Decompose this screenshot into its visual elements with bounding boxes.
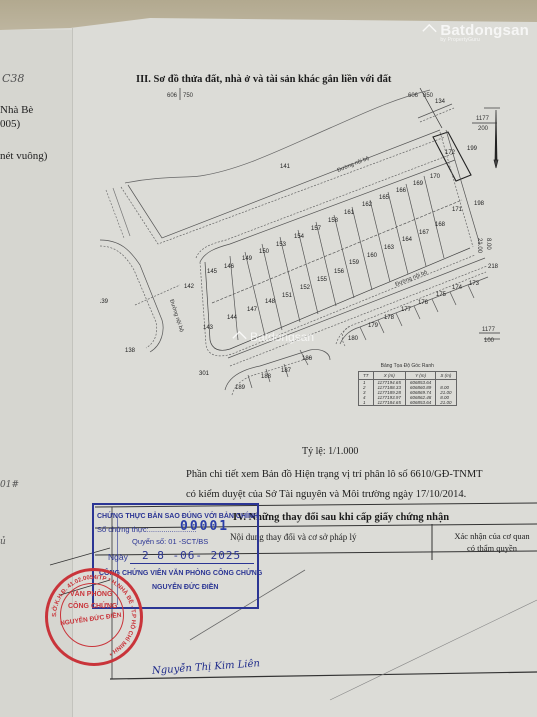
coord-cell-x: 1177184.65 <box>373 400 405 406</box>
lot-number-168: 168 <box>435 222 446 228</box>
lot-number-301: 301 <box>199 371 210 377</box>
lot-number-150: 150 <box>259 249 270 255</box>
lot-number-146: 146 <box>224 264 235 270</box>
lot-number-164: 164 <box>402 237 413 243</box>
lot-number-165: 165 <box>379 195 390 201</box>
boundary-length-1: 21.00 <box>476 238 482 254</box>
detail-reference: Phần chi tiết xem Bản đồ Hiện trạng vị t… <box>186 465 483 505</box>
watermark-top: Batdongsan by PropertyGuru <box>422 22 529 43</box>
lot-number-139: 139 <box>100 299 109 305</box>
grid-label-left-bottom: 750 <box>183 93 194 99</box>
boundary-length-2: 8.00 <box>485 238 491 250</box>
lot-number-175: 175 <box>436 292 447 298</box>
stamp-book-number: Quyển số: 01 -SCT/BS <box>132 537 208 546</box>
lot-number-187: 187 <box>281 368 292 374</box>
column-authority-line-1: Xác nhận của cơ quan <box>448 530 536 542</box>
watermark-brand: Batdongsan <box>250 330 314 344</box>
lot-number-144: 144 <box>227 315 238 321</box>
lot-number-172: 172 <box>445 150 456 156</box>
seal-text-2: CÔNG CHỨNG <box>68 603 117 610</box>
stamp-date-label: Ngày <box>108 552 128 562</box>
coord-col-s: S (m) <box>436 372 456 380</box>
notary-seal: S.Ở.K.H.Đ. 41.02.0054/TP * H.NHÀ BÈ - T.… <box>45 568 143 666</box>
lot-number-167: 167 <box>419 230 430 236</box>
lot-number-152: 152 <box>300 285 311 291</box>
coord-col-y: Y (m) <box>405 372 435 380</box>
watermark-mid: Batdongsan <box>232 330 314 345</box>
lot-number-149: 149 <box>242 256 253 262</box>
lot-number-138: 138 <box>125 348 136 354</box>
lot-number-169: 169 <box>413 181 424 187</box>
batdongsan-logo-icon <box>232 331 246 345</box>
lot-number-159: 159 <box>349 260 360 266</box>
lot-number-155: 155 <box>317 277 328 283</box>
lot-number-141: 141 <box>280 164 291 170</box>
coord-cell-tt: 1 <box>359 400 374 406</box>
lot-number-177: 177 <box>401 307 412 313</box>
stamp-heading: CHỨNG THỰC BẢN SAO ĐÚNG VỚI BẢN CHÍNH <box>97 513 258 520</box>
section-iii-title: III. Sơ đồ thửa đất, nhà ở và tài sản kh… <box>136 74 391 85</box>
stamp-cert-number: 00001 <box>180 519 229 534</box>
margin-text-1: Nhà Bè <box>0 104 33 116</box>
lot-number-218: 218 <box>488 264 499 270</box>
seal-text-1: VĂN PHÒNG <box>70 591 112 598</box>
section-iv-title: IV. Những thay đổi sau khi cấp giấy chứn… <box>233 512 449 523</box>
lot-number-134: 134 <box>435 99 446 105</box>
grid-label-left-top: 606 <box>167 93 178 99</box>
fraction-bottom-numerator: 1177 <box>482 327 496 333</box>
coord-cell-y: 606853.64 <box>405 400 435 406</box>
grid-label-right-bottom: 850 <box>423 93 434 99</box>
lot-number-147: 147 <box>247 307 258 313</box>
lot-number-153: 153 <box>276 242 287 248</box>
column-authority-header: Xác nhận của cơ quan có thẩm quyền <box>448 530 536 554</box>
land-plot-map: 606 750 606 850 1177 200 1177 100 Đường … <box>100 85 537 420</box>
lot-number-180: 180 <box>348 336 359 342</box>
map-scale: Tỷ lệ: 1/1.000 <box>302 446 358 457</box>
lot-number-157: 157 <box>311 226 322 232</box>
lot-number-166: 166 <box>396 188 407 194</box>
lot-number-158: 158 <box>328 218 339 224</box>
lot-number-178: 178 <box>384 315 395 321</box>
lot-number-174: 174 <box>452 285 463 291</box>
lot-number-199: 199 <box>467 146 478 152</box>
lot-number-160: 160 <box>367 253 378 259</box>
lot-number-173: 173 <box>469 281 480 287</box>
fraction-top-numerator: 1177 <box>476 116 490 122</box>
coord-table-caption: Bảng Tọa Độ Góc Ranh <box>358 363 457 369</box>
lot-number-162: 162 <box>362 202 373 208</box>
road-name-upper: Đường nội bộ <box>337 156 371 174</box>
lot-number-145: 145 <box>207 269 218 275</box>
coord-col-tt: TT <box>359 372 374 380</box>
stamp-notary-name: NGUYỄN ĐỨC ĐIỀN <box>152 584 218 591</box>
lot-number-143: 143 <box>203 325 214 331</box>
column-authority-line-2: có thẩm quyền <box>448 542 536 554</box>
grid-label-right-top: 606 <box>408 93 419 99</box>
lot-number-176: 176 <box>418 300 429 306</box>
batdongsan-logo-icon <box>423 24 437 38</box>
coord-table-row: 11177184.65606853.6421.00 <box>359 400 457 406</box>
lot-number-154: 154 <box>294 234 305 240</box>
lot-number-142: 142 <box>184 284 195 290</box>
fraction-bottom-denominator: 100 <box>484 338 495 344</box>
coord-col-x: X (m) <box>373 372 405 380</box>
margin-text-2: 005) <box>0 118 20 130</box>
fraction-top-denominator: 200 <box>478 126 489 132</box>
detail-line-1: Phần chi tiết xem Bản đồ Hiện trạng vị t… <box>186 465 483 485</box>
coord-cell-s: 21.00 <box>436 400 456 406</box>
lot-number-189: 189 <box>235 385 246 391</box>
stamp-date-underline <box>130 563 254 564</box>
lot-number-198: 198 <box>474 201 485 207</box>
lot-number-161: 161 <box>344 210 355 216</box>
lot-number-186: 186 <box>302 356 313 362</box>
corner-coordinate-table: Bảng Tọa Độ Góc Ranh TT X (m) Y (m) S (m… <box>358 363 457 406</box>
detail-line-2: có kiểm duyệt của Sở Tài nguyên và Môi t… <box>186 485 483 505</box>
road-name-left: Đường nội bộ <box>168 299 184 333</box>
margin-text-3: nét vuông) <box>0 150 47 162</box>
lot-number-151: 151 <box>282 293 293 299</box>
lot-number-188: 188 <box>261 374 272 380</box>
lot-number-179: 179 <box>368 323 379 329</box>
lot-number-163: 163 <box>384 245 395 251</box>
stamp-date-value: 2 8 -06- 2025 <box>142 549 241 562</box>
lot-number-170: 170 <box>430 174 441 180</box>
lot-number-171: 171 <box>452 207 463 213</box>
handwritten-note: C38 <box>2 72 24 85</box>
margin-sign-note: ủ <box>0 537 6 547</box>
lot-number-156: 156 <box>334 269 345 275</box>
margin-date-note: 01# <box>0 480 19 490</box>
lot-number-148: 148 <box>265 299 276 305</box>
